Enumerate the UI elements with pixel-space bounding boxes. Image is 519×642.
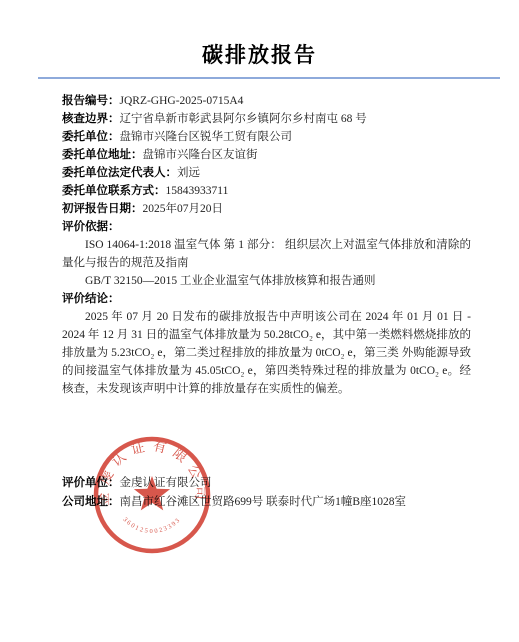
field-label: 评价单位： (62, 477, 120, 489)
field-label: 报告编号： (62, 95, 120, 107)
basis-item-iso: ISO 14064-1:2018 温室气体 第 1 部分： 组织层次上对温室气体… (62, 236, 471, 272)
section-conclusion-heading: 评价结论： (62, 290, 471, 308)
field-value: 盘锦市兴隆台区友谊街 (143, 149, 258, 161)
field-label: 委托单位： (62, 131, 120, 143)
field-client-address: 委托单位地址：盘锦市兴隆台区友谊街 (62, 146, 471, 164)
field-contact: 委托单位联系方式：15843933711 (62, 182, 471, 200)
basis-item-gbt: GB/T 32150—2015 工业企业温室气体排放核算和报告通则 (62, 272, 471, 290)
seal-code: 3601250023393 (121, 516, 182, 535)
page-title: 碳排放报告 (0, 0, 519, 68)
field-value: 2025年07月20日 (143, 203, 224, 215)
report-body: 报告编号：JQRZ-GHG-2025-0715A4 核查边界：辽宁省阜新市彰武县… (0, 92, 519, 398)
field-report-number: 报告编号：JQRZ-GHG-2025-0715A4 (62, 92, 471, 110)
carbon-report-page: 碳排放报告 报告编号：JQRZ-GHG-2025-0715A4 核查边界：辽宁省… (0, 0, 519, 642)
field-value: 盘锦市兴隆台区锐华工贸有限公司 (120, 131, 293, 143)
svg-text:3601250023393: 3601250023393 (121, 516, 182, 535)
field-legal-representative: 委托单位法定代表人：刘远 (62, 164, 471, 182)
conclusion-paragraph: 2025 年 07 月 20 日发布的碳排放报告中声明该公司在 2024 年 0… (62, 308, 471, 398)
field-label: 核查边界： (62, 113, 120, 125)
field-label: 委托单位地址： (62, 149, 143, 161)
field-verification-boundary: 核查边界：辽宁省阜新市彰武县阿尔乡镇阿尔乡村南屯 68 号 (62, 110, 471, 128)
field-value: 南昌市红谷滩区世贸路699号 联泰时代广场1幢B座1028室 (120, 496, 407, 508)
field-report-date: 初评报告日期：2025年07月20日 (62, 200, 471, 218)
section-label: 评价依据： (62, 221, 120, 233)
field-value: 刘远 (177, 167, 200, 179)
field-value: 辽宁省阜新市彰武县阿尔乡镇阿尔乡村南屯 68 号 (120, 113, 367, 125)
field-client: 委托单位：盘锦市兴隆台区锐华工贸有限公司 (62, 128, 471, 146)
field-evaluator: 评价单位：金虔认证有限公司 (62, 474, 406, 493)
field-value: 金虔认证有限公司 (120, 477, 212, 489)
field-label: 委托单位法定代表人： (62, 167, 177, 179)
report-footer: 评价单位：金虔认证有限公司 公司地址：南昌市红谷滩区世贸路699号 联泰时代广场… (62, 474, 406, 511)
field-company-address: 公司地址：南昌市红谷滩区世贸路699号 联泰时代广场1幢B座1028室 (62, 493, 406, 512)
section-basis-heading: 评价依据： (62, 218, 471, 236)
title-divider (38, 77, 500, 79)
field-label: 初评报告日期： (62, 203, 143, 215)
section-label: 评价结论： (62, 293, 120, 305)
field-value: JQRZ-GHG-2025-0715A4 (120, 95, 244, 107)
field-label: 公司地址： (62, 496, 120, 508)
field-value: 15843933711 (166, 185, 229, 197)
field-label: 委托单位联系方式： (62, 185, 166, 197)
